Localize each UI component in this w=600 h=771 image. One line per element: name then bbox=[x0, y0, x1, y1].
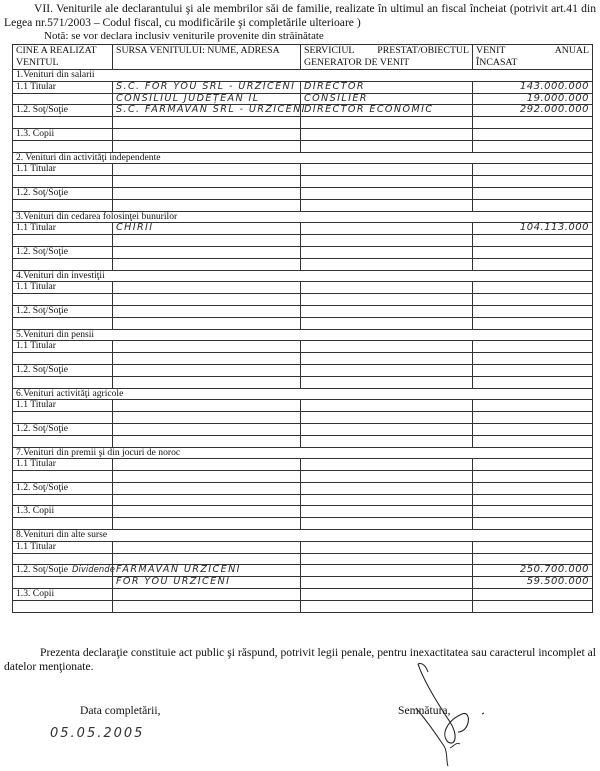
cell-service bbox=[301, 518, 473, 530]
cell-source bbox=[113, 541, 301, 553]
cell-income: 250.700.000 bbox=[473, 565, 593, 577]
cell-income bbox=[473, 412, 593, 424]
cell-income bbox=[473, 199, 593, 211]
cell-source bbox=[113, 305, 301, 317]
table-row bbox=[13, 600, 593, 612]
header-income: VENITANUAL ÎNCASAT bbox=[473, 45, 593, 70]
cell-who: 1.3. Copii bbox=[13, 128, 113, 140]
cell-who: 1.1 Titular bbox=[13, 400, 113, 412]
cell-source bbox=[113, 435, 301, 447]
cell-who: 1.3. Copii bbox=[13, 506, 113, 518]
cell-service: DIRECTOR ECONOMIC bbox=[301, 105, 473, 117]
section-title: 4.Venituri din investiţii bbox=[13, 270, 593, 282]
table-row: 1.2. Soţ/Soţie bbox=[13, 246, 593, 258]
cell-income bbox=[473, 282, 593, 294]
cell-who bbox=[13, 117, 113, 129]
cell-source bbox=[113, 553, 301, 565]
cell-who: 1.1 Titular bbox=[13, 459, 113, 471]
cell-income bbox=[473, 364, 593, 376]
table-row bbox=[13, 117, 593, 129]
table-row: 1.2. Soţ/Soţie bbox=[13, 423, 593, 435]
cell-service bbox=[301, 223, 473, 235]
cell-income bbox=[473, 353, 593, 365]
cell-service bbox=[301, 494, 473, 506]
cell-income bbox=[473, 140, 593, 152]
cell-service bbox=[301, 341, 473, 353]
cell-source bbox=[113, 364, 301, 376]
cell-income bbox=[473, 294, 593, 306]
header-text: VENIT bbox=[476, 45, 505, 57]
cell-service bbox=[301, 412, 473, 424]
cell-who bbox=[13, 199, 113, 211]
table-row bbox=[13, 412, 593, 424]
table-row: FOR YOU URZICENI59.500.000 bbox=[13, 577, 593, 589]
cell-income bbox=[473, 506, 593, 518]
cell-who: 1.2. Soţ/Soţie bbox=[13, 105, 113, 117]
cell-service bbox=[301, 199, 473, 211]
header-text: VENITUL bbox=[16, 57, 109, 69]
cell-who bbox=[13, 518, 113, 530]
cell-source bbox=[113, 128, 301, 140]
cell-source bbox=[113, 518, 301, 530]
cell-source: CHIRII bbox=[113, 223, 301, 235]
section-header-row: 8.Venituri din alte surse bbox=[13, 530, 593, 542]
cell-income bbox=[473, 317, 593, 329]
cell-source bbox=[113, 164, 301, 176]
table-header-row: CINE A REALIZAT VENITUL SURSA VENITULUI:… bbox=[13, 45, 593, 70]
cell-who: 1.1 Titular bbox=[13, 541, 113, 553]
cell-source bbox=[113, 187, 301, 199]
table-row bbox=[13, 199, 593, 211]
header-text: SERVICIUL bbox=[304, 45, 354, 57]
header-service: SERVICIULPRESTAT/OBIECTUL GENERATOR DE V… bbox=[301, 45, 473, 70]
who-label: 1.2. Soţ/Soţie bbox=[16, 564, 68, 575]
section-title: 1.Venituri din salarii bbox=[13, 70, 593, 82]
cell-source bbox=[113, 482, 301, 494]
cell-service bbox=[301, 128, 473, 140]
cell-service: CONSILIER bbox=[301, 93, 473, 105]
header-text: ÎNCASAT bbox=[476, 57, 589, 69]
cell-who: 1.1 Titular bbox=[13, 81, 113, 93]
table-row: 1.1 TitularCHIRII104.113.000 bbox=[13, 223, 593, 235]
cell-source: FARMAVAN URZICENI bbox=[113, 565, 301, 577]
cell-service bbox=[301, 506, 473, 518]
cell-service bbox=[301, 305, 473, 317]
section-title: 3.Venituri din cedarea folosinţei bunuri… bbox=[13, 211, 593, 223]
table-row: 1.2. Soţ/Soţie bbox=[13, 482, 593, 494]
cell-service bbox=[301, 246, 473, 258]
header-text: GENERATOR DE VENIT bbox=[304, 57, 469, 69]
section-header-row: 5.Venituri din pensii bbox=[13, 329, 593, 341]
section-header-row: 6.Venituri activităţi agricole bbox=[13, 388, 593, 400]
declaration-statement: Prezenta declaraţie constituie act publi… bbox=[4, 646, 596, 674]
cell-income bbox=[473, 128, 593, 140]
cell-who: 1.2. Soţ/Soţie bbox=[13, 305, 113, 317]
cell-income: 19.000.000 bbox=[473, 93, 593, 105]
cell-service bbox=[301, 577, 473, 589]
cell-who bbox=[13, 294, 113, 306]
cell-who bbox=[13, 553, 113, 565]
cell-source bbox=[113, 140, 301, 152]
header-who: CINE A REALIZAT VENITUL bbox=[13, 45, 113, 70]
cell-income bbox=[473, 423, 593, 435]
cell-service bbox=[301, 176, 473, 188]
cell-service bbox=[301, 459, 473, 471]
cell-source bbox=[113, 589, 301, 601]
table-row: 1.1 Titular bbox=[13, 459, 593, 471]
cell-income bbox=[473, 589, 593, 601]
header-text: SURSA VENITULUI: NUME, ADRESA bbox=[116, 45, 280, 56]
cell-income bbox=[473, 176, 593, 188]
cell-service bbox=[301, 353, 473, 365]
cell-service bbox=[301, 423, 473, 435]
cell-source bbox=[113, 412, 301, 424]
table-row bbox=[13, 518, 593, 530]
cell-income bbox=[473, 235, 593, 247]
cell-who bbox=[13, 317, 113, 329]
cell-service bbox=[301, 553, 473, 565]
cell-who bbox=[13, 471, 113, 483]
cell-income bbox=[473, 494, 593, 506]
cell-income bbox=[473, 376, 593, 388]
cell-income bbox=[473, 117, 593, 129]
cell-who: 1.3. Copii bbox=[13, 589, 113, 601]
cell-source bbox=[113, 506, 301, 518]
table-row: 1.3. Copii bbox=[13, 506, 593, 518]
cell-who: 1.2. Soţ/Soţie bbox=[13, 364, 113, 376]
cell-who: 1.2. Soţ/Soţie bbox=[13, 482, 113, 494]
cell-who: 1.1 Titular bbox=[13, 341, 113, 353]
cell-who bbox=[13, 353, 113, 365]
cell-service bbox=[301, 187, 473, 199]
who-note: Dividende bbox=[72, 565, 115, 575]
table-row: 1.2. Soţ/Soţie bbox=[13, 187, 593, 199]
cell-source bbox=[113, 317, 301, 329]
income-table: CINE A REALIZAT VENITUL SURSA VENITULUI:… bbox=[12, 44, 593, 613]
table-row bbox=[13, 140, 593, 152]
cell-who bbox=[13, 93, 113, 105]
cell-source bbox=[113, 423, 301, 435]
cell-source: FOR YOU URZICENI bbox=[113, 577, 301, 589]
table-row: 1.1 Titular bbox=[13, 341, 593, 353]
table-row: CONSILIUL JUDEȚEAN ILCONSILIER19.000.000 bbox=[13, 93, 593, 105]
cell-income: 104.113.000 bbox=[473, 223, 593, 235]
cell-service bbox=[301, 117, 473, 129]
cell-who bbox=[13, 258, 113, 270]
table-row: 1.3. Copii bbox=[13, 128, 593, 140]
cell-service bbox=[301, 600, 473, 612]
cell-service bbox=[301, 376, 473, 388]
cell-income bbox=[473, 164, 593, 176]
cell-who bbox=[13, 577, 113, 589]
cell-income bbox=[473, 553, 593, 565]
cell-source: S.C. FARMAVAN SRL - URZICENI bbox=[113, 105, 301, 117]
cell-source bbox=[113, 341, 301, 353]
cell-service bbox=[301, 282, 473, 294]
cell-service bbox=[301, 400, 473, 412]
cell-source bbox=[113, 282, 301, 294]
date-label: Data completării, bbox=[80, 704, 160, 717]
cell-source bbox=[113, 494, 301, 506]
section-heading: VII. Veniturile ale declarantului şi ale… bbox=[4, 2, 596, 30]
signature-icon bbox=[410, 662, 490, 767]
cell-service bbox=[301, 258, 473, 270]
table-row bbox=[13, 176, 593, 188]
table-row bbox=[13, 494, 593, 506]
cell-service bbox=[301, 164, 473, 176]
cell-who: 1.2. Soţ/Soţie bbox=[13, 246, 113, 258]
cell-source bbox=[113, 471, 301, 483]
table-row bbox=[13, 376, 593, 388]
cell-income bbox=[473, 482, 593, 494]
cell-who: 1.2. Soţ/Soţie bbox=[13, 187, 113, 199]
cell-who: 1.1 Titular bbox=[13, 223, 113, 235]
cell-income bbox=[473, 471, 593, 483]
cell-service bbox=[301, 294, 473, 306]
cell-who: 1.1 Titular bbox=[13, 164, 113, 176]
cell-source bbox=[113, 400, 301, 412]
cell-who bbox=[13, 235, 113, 247]
section-title: 2. Venituri din activităţi independente bbox=[13, 152, 593, 164]
cell-service bbox=[301, 235, 473, 247]
cell-source bbox=[113, 600, 301, 612]
cell-service: DIRECTOR bbox=[301, 81, 473, 93]
table-row: 1.3. Copii bbox=[13, 589, 593, 601]
cell-service bbox=[301, 364, 473, 376]
cell-service bbox=[301, 435, 473, 447]
cell-who bbox=[13, 376, 113, 388]
header-text: ANUAL bbox=[555, 45, 589, 57]
table-row: 1.1 TitularS.C. FOR YOU SRL - URZICENIDI… bbox=[13, 81, 593, 93]
table-row: 1.2. Soţ/SoţieS.C. FARMAVAN SRL - URZICE… bbox=[13, 105, 593, 117]
table-row: 1.1 Titular bbox=[13, 541, 593, 553]
cell-source bbox=[113, 199, 301, 211]
section-title: 5.Venituri din pensii bbox=[13, 329, 593, 341]
cell-income bbox=[473, 459, 593, 471]
cell-income bbox=[473, 518, 593, 530]
cell-who: 1.1 Titular bbox=[13, 282, 113, 294]
cell-service bbox=[301, 140, 473, 152]
table-row: 1.2. Soţ/Soţie bbox=[13, 305, 593, 317]
table-row bbox=[13, 435, 593, 447]
table-row bbox=[13, 471, 593, 483]
table-row bbox=[13, 258, 593, 270]
cell-source bbox=[113, 117, 301, 129]
cell-service bbox=[301, 471, 473, 483]
cell-who bbox=[13, 176, 113, 188]
section-header-row: 1.Venituri din salarii bbox=[13, 70, 593, 82]
cell-income: 292.000.000 bbox=[473, 105, 593, 117]
cell-source bbox=[113, 235, 301, 247]
section-header-row: 2. Venituri din activităţi independente bbox=[13, 152, 593, 164]
section-header-row: 3.Venituri din cedarea folosinţei bunuri… bbox=[13, 211, 593, 223]
section-header-row: 4.Venituri din investiţii bbox=[13, 270, 593, 282]
section-title: 7.Venituri din premii şi din jocuri de n… bbox=[13, 447, 593, 459]
table-row: 1.1 Titular bbox=[13, 400, 593, 412]
table-row bbox=[13, 235, 593, 247]
cell-service bbox=[301, 589, 473, 601]
section-title: 6.Venituri activităţi agricole bbox=[13, 388, 593, 400]
cell-who bbox=[13, 600, 113, 612]
cell-who: 1.2. Soţ/SoţieDividende bbox=[13, 565, 113, 577]
table-row: 1.1 Titular bbox=[13, 282, 593, 294]
section-title: 8.Venituri din alte surse bbox=[13, 530, 593, 542]
table-row bbox=[13, 353, 593, 365]
table-row bbox=[13, 294, 593, 306]
table-row: 1.2. Soţ/SoţieDividendeFARMAVAN URZICENI… bbox=[13, 565, 593, 577]
cell-income bbox=[473, 305, 593, 317]
cell-income bbox=[473, 600, 593, 612]
cell-who bbox=[13, 494, 113, 506]
cell-income bbox=[473, 435, 593, 447]
cell-income: 143.000.000 bbox=[473, 81, 593, 93]
cell-source: CONSILIUL JUDEȚEAN IL bbox=[113, 93, 301, 105]
cell-source bbox=[113, 353, 301, 365]
cell-income bbox=[473, 258, 593, 270]
cell-service bbox=[301, 482, 473, 494]
table-row: 1.1 Titular bbox=[13, 164, 593, 176]
statement-text: Prezenta declaraţie constituie act publi… bbox=[4, 646, 596, 674]
cell-who: 1.2. Soţ/Soţie bbox=[13, 423, 113, 435]
cell-income bbox=[473, 341, 593, 353]
cell-income bbox=[473, 400, 593, 412]
header-text: PRESTAT/OBIECTUL bbox=[377, 45, 469, 57]
header-text: CINE A REALIZAT bbox=[16, 45, 97, 57]
cell-who bbox=[13, 435, 113, 447]
cell-source: S.C. FOR YOU SRL - URZICENI bbox=[113, 81, 301, 93]
date-value: 05.05.2005 bbox=[50, 726, 144, 741]
cell-income bbox=[473, 541, 593, 553]
cell-income: 59.500.000 bbox=[473, 577, 593, 589]
cell-income bbox=[473, 246, 593, 258]
cell-income bbox=[473, 187, 593, 199]
cell-service bbox=[301, 565, 473, 577]
intro-block: VII. Veniturile ale declarantului şi ale… bbox=[4, 2, 596, 42]
cell-source bbox=[113, 258, 301, 270]
cell-source bbox=[113, 294, 301, 306]
cell-service bbox=[301, 541, 473, 553]
table-row: 1.2. Soţ/Soţie bbox=[13, 364, 593, 376]
cell-source bbox=[113, 376, 301, 388]
cell-who bbox=[13, 140, 113, 152]
section-note: Notă: se vor declara inclusiv veniturile… bbox=[4, 30, 596, 42]
cell-source bbox=[113, 459, 301, 471]
cell-source bbox=[113, 246, 301, 258]
table-row bbox=[13, 317, 593, 329]
cell-who bbox=[13, 412, 113, 424]
table-row bbox=[13, 553, 593, 565]
cell-service bbox=[301, 317, 473, 329]
header-source: SURSA VENITULUI: NUME, ADRESA bbox=[113, 45, 301, 70]
cell-source bbox=[113, 176, 301, 188]
section-header-row: 7.Venituri din premii şi din jocuri de n… bbox=[13, 447, 593, 459]
